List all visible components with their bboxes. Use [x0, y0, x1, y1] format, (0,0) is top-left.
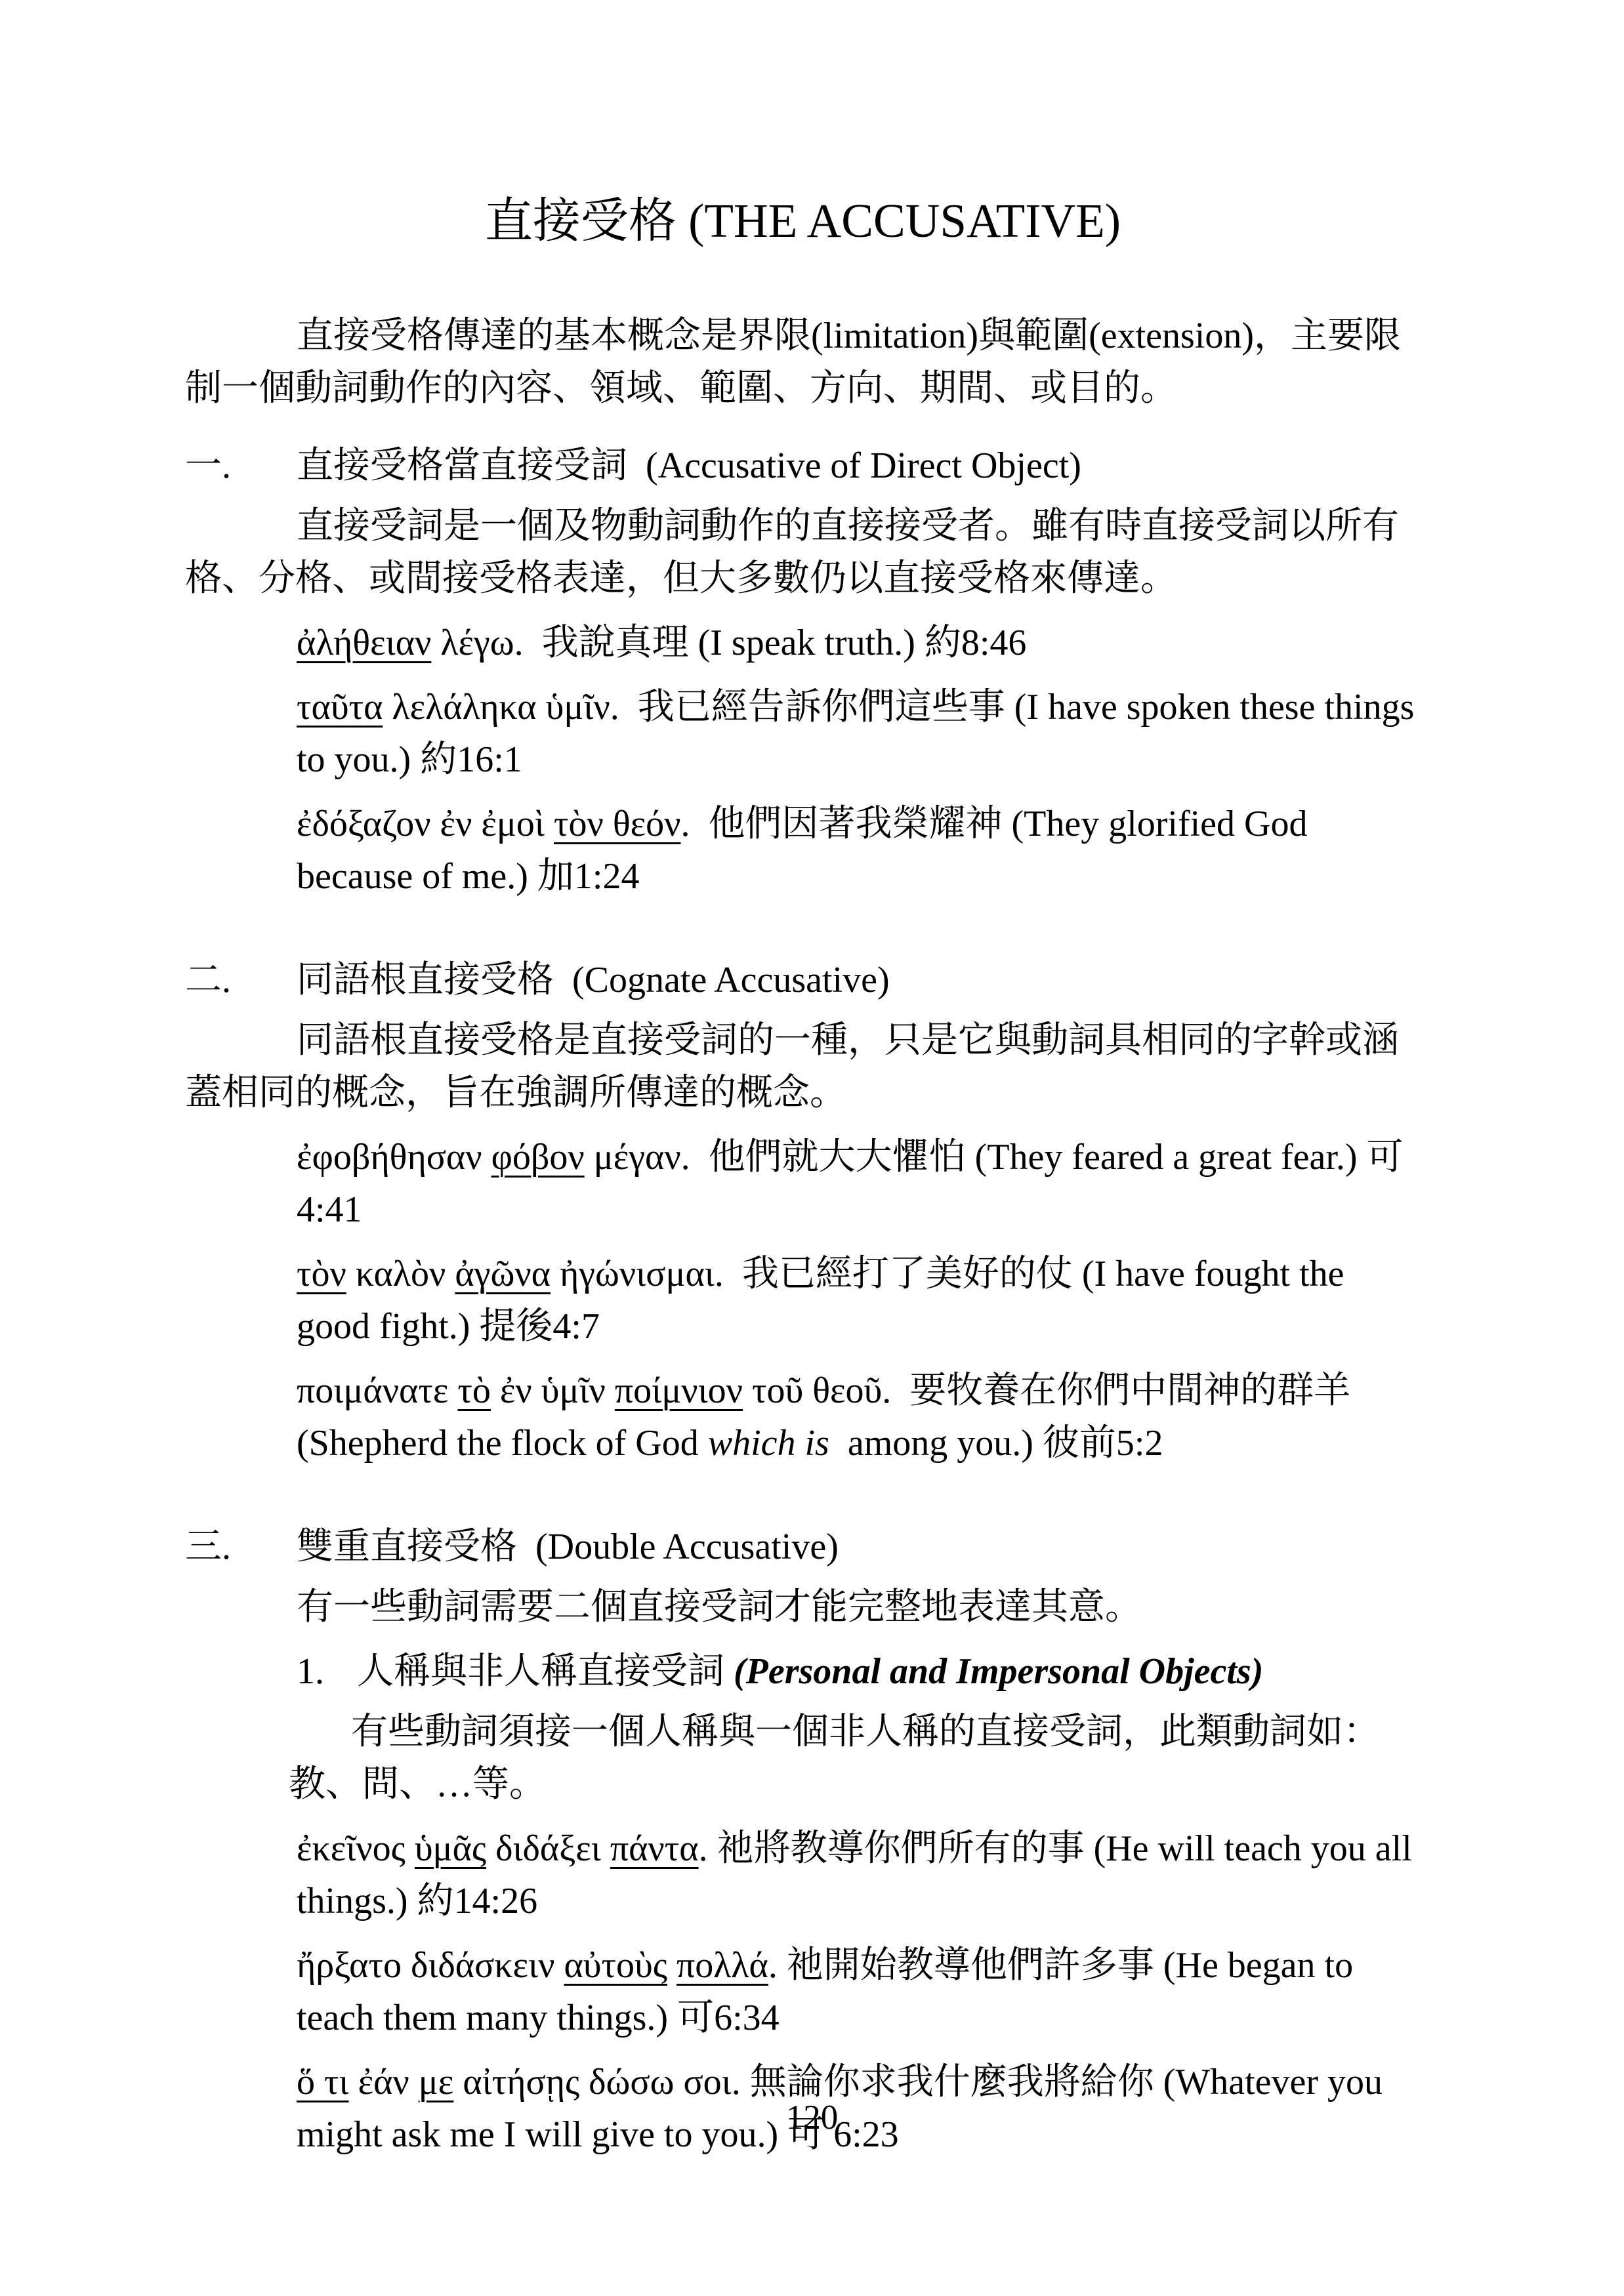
example-line: ταῦτα λελάληκα ὑμῖν. 我已經告訴你們這些事 (I have … — [297, 681, 1421, 786]
text-segment: ποιμάνατε — [297, 1370, 457, 1411]
section-paragraph: 有一些動詞需要二個直接受詞才能完整地表達其意。 — [185, 1581, 1421, 1633]
underlined-text: ἀγῶνα — [455, 1254, 551, 1294]
section-number: 三. — [185, 1521, 297, 1573]
text-segment: ἤρξατο διδάσκειν — [297, 1945, 564, 1986]
section-heading: 二. 同語根直接受格 (Cognate Accusative) — [185, 954, 1421, 1006]
underlined-text: αὐτοὺς — [564, 1945, 667, 1986]
section-heading: 三. 雙重直接受格 (Double Accusative) — [185, 1521, 1421, 1573]
subsection-heading: 1. 人稱與非人稱直接受詞 (Personal and Impersonal O… — [297, 1645, 1421, 1698]
section-paragraph: 同語根直接受格是直接受詞的一種，只是它與動詞具相同的字幹或涵蓋相同的概念，旨在強… — [185, 1014, 1421, 1119]
example-line: τὸν καλὸν ἀγῶνα ἠγώνισμαι. 我已經打了美好的仗 (I … — [297, 1248, 1421, 1353]
text-segment: λελάληκα ὑμῖν. 我已經告訴你們這些事 (I have spoken… — [297, 687, 1423, 780]
intro-paragraph: 直接受格傳達的基本概念是界限(limitation)與範圍(extension)… — [185, 310, 1421, 415]
underlined-text: τὸν θεόν — [554, 804, 680, 844]
text-segment: καλὸν — [346, 1254, 455, 1294]
underlined-text: τὸ — [457, 1370, 491, 1411]
subsection-heading-zh: 人稱與非人稱直接受詞 — [357, 1651, 734, 1692]
example-line: ἐκεῖνος ὑμᾶς διδάξει πάντα. 祂將教導你們所有的事 (… — [297, 1822, 1421, 1927]
text-segment: ἐν ὑμῖν — [491, 1370, 615, 1411]
subsection-personal-impersonal-objects: 1. 人稱與非人稱直接受詞 (Personal and Impersonal O… — [185, 1645, 1421, 2161]
underlined-text: φόβον — [491, 1137, 585, 1178]
subsection-number: 1. — [297, 1645, 357, 1698]
example-line: ἐδόξαζον ἐν ἐμοὶ τὸν θεόν. 他們因著我榮耀神 (The… — [297, 798, 1421, 903]
text-segment: among you.) 彼前5:2 — [829, 1423, 1163, 1464]
section-heading-text: 雙重直接受格 (Double Accusative) — [297, 1521, 839, 1573]
document-page: { "page": { "title": "直接受格 (THE ACCUSATI… — [0, 0, 1624, 2296]
text-segment — [667, 1945, 677, 1986]
example-line: ποιμάνατε τὸ ἐν ὑμῖν ποίμνιον τοῦ θεοῦ. … — [297, 1364, 1421, 1469]
text-segment: λέγω. 我說真理 (I speak truth.) 約8:46 — [431, 623, 1026, 663]
text-segment: ἐφοβήθησαν — [297, 1137, 491, 1178]
page-title: 直接受格 (THE ACCUSATIVE) — [185, 192, 1421, 251]
section-double-accusative: 三. 雙重直接受格 (Double Accusative) 有一些動詞需要二個直… — [185, 1521, 1421, 2161]
subsection-heading-text: 人稱與非人稱直接受詞 (Personal and Impersonal Obje… — [357, 1645, 1263, 1698]
sub-paragraph: 有些動詞須接一個人稱與一個非人稱的直接受詞，此類動詞如：教、問、…等。 — [289, 1706, 1421, 1811]
section-heading-text: 同語根直接受格 (Cognate Accusative) — [297, 954, 890, 1006]
underlined-text: τὸν — [297, 1254, 346, 1294]
example-line: ἐφοβήθησαν φόβον μέγαν. 他們就大大懼怕 (They fe… — [297, 1131, 1421, 1236]
section-paragraph: 直接受詞是一個及物動詞動作的直接接受者。雖有時直接受詞以所有格、分格、或間接受格… — [185, 500, 1421, 605]
section-direct-object: 一. 直接受格當直接受詞 (Accusative of Direct Objec… — [185, 440, 1421, 903]
section-number: 一. — [185, 440, 297, 492]
underlined-text: ποίμνιον — [615, 1370, 743, 1411]
section-number: 二. — [185, 954, 297, 1006]
section-heading: 一. 直接受格當直接受詞 (Accusative of Direct Objec… — [185, 440, 1421, 492]
underlined-text: πολλά — [677, 1945, 768, 1986]
section-cognate-accusative: 二. 同語根直接受格 (Cognate Accusative) 同語根直接受格是… — [185, 954, 1421, 1469]
text-segment: ἐκεῖνος — [297, 1828, 415, 1869]
subsection-heading-en: (Personal and Impersonal Objects) — [734, 1651, 1263, 1692]
page-number: 120 — [0, 2091, 1624, 2144]
section-heading-text: 直接受格當直接受詞 (Accusative of Direct Object) — [297, 440, 1081, 492]
underlined-text: ὑμᾶς — [415, 1828, 486, 1869]
text-segment: ἐδόξαζον ἐν ἐμοὶ — [297, 804, 554, 844]
underlined-text: ἀλήθειαν — [297, 623, 431, 663]
italic-text: which is — [708, 1423, 829, 1464]
document-content: 直接受格 (THE ACCUSATIVE) 直接受格傳達的基本概念是界限(lim… — [0, 0, 1624, 2161]
underlined-text: πάντα — [610, 1828, 699, 1869]
example-line: ἀλήθειαν λέγω. 我說真理 (I speak truth.) 約8:… — [297, 617, 1421, 669]
text-segment: διδάξει — [486, 1828, 610, 1869]
example-line: ἤρξατο διδάσκειν αὐτοὺς πολλά. 祂開始教導他們許多… — [297, 1939, 1421, 2044]
underlined-text: ταῦτα — [297, 687, 383, 728]
